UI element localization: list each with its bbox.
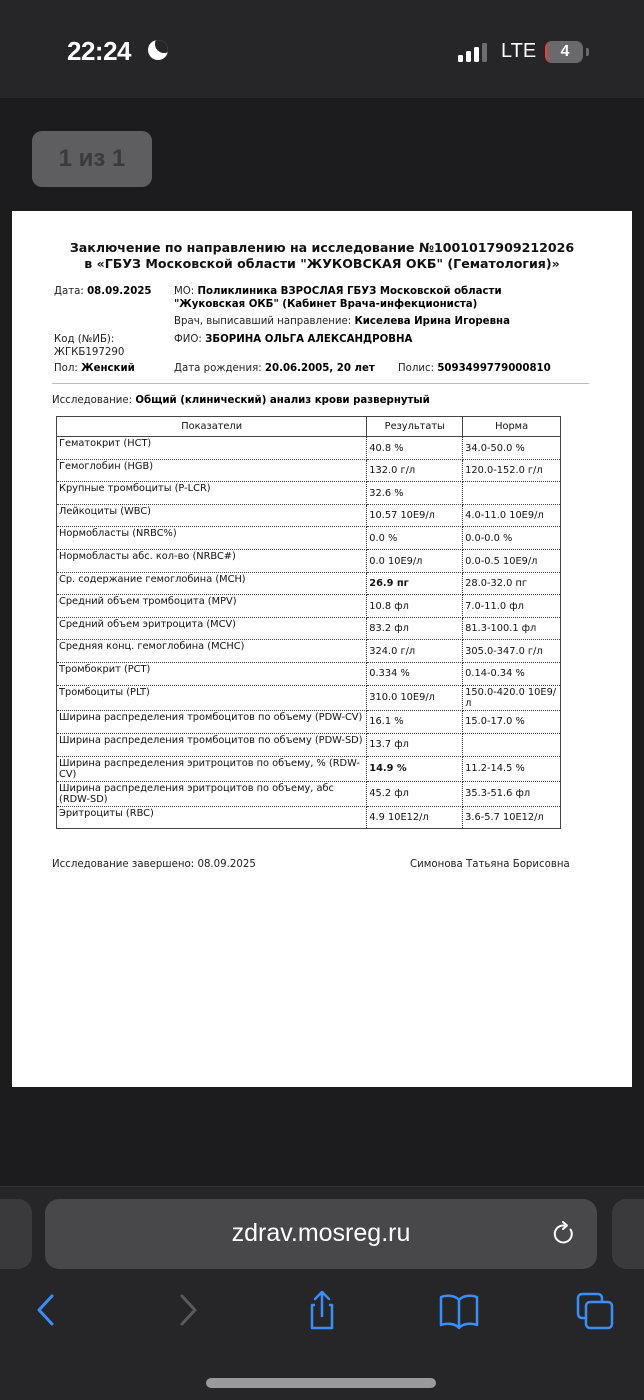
norm-cell: 0.0-0.0 %: [463, 527, 561, 550]
address-bar[interactable]: zdrav.mosreg.ru: [45, 1199, 597, 1269]
indicator-cell: Ширина распределения эритроцитов по объе…: [57, 781, 367, 806]
norm-cell: [463, 733, 561, 756]
document-title: Заключение по направлению на исследовани…: [12, 240, 632, 272]
header-indicator: Показатели: [57, 417, 367, 437]
norm-cell: 305.0-347.0 г/л: [463, 640, 561, 663]
indicator-cell: Нормобласты абс. кол-во (NRBC#): [57, 549, 367, 572]
table-row: Лейкоциты (WBC)10.57 10E9/л4.0-11.0 10E9…: [57, 504, 561, 527]
norm-cell: 15.0-17.0 %: [463, 710, 561, 733]
url-text[interactable]: zdrav.mosreg.ru: [45, 1219, 597, 1248]
status-time: 22:24: [67, 36, 131, 67]
table-row: Крупные тромбоциты (P-LCR)32.6 %: [57, 482, 561, 505]
book-icon[interactable]: [437, 1288, 481, 1332]
norm-cell: 28.0-32.0 пг: [463, 572, 561, 595]
norm-cell: 150.0-420.0 10E9/л: [463, 685, 561, 710]
divider: [52, 383, 589, 384]
result-cell: 32.6 %: [367, 482, 463, 505]
doctor-field: Врач, выписавший направление: Киселева И…: [174, 315, 510, 328]
title-line-1: Заключение по направлению на исследовани…: [12, 240, 632, 256]
chevron-left-icon[interactable]: [25, 1288, 69, 1332]
result-cell: 310.0 10E9/л: [367, 685, 463, 710]
header-norm: Норма: [463, 417, 561, 437]
date-field: Дата: 08.09.2025: [54, 285, 152, 298]
battery-icon: 4: [545, 41, 583, 63]
norm-cell: 120.0-152.0 г/л: [463, 459, 561, 482]
result-cell: 83.2 фл: [367, 617, 463, 640]
indicator-cell: Тромбокрит (PCT): [57, 662, 367, 685]
table-row: Тромбокрит (PCT)0.334 %0.14-0.34 %: [57, 662, 561, 685]
indicator-cell: Средний объем эритроцита (MCV): [57, 617, 367, 640]
signer-name: Симонова Татьяна Борисовна: [410, 859, 570, 870]
result-cell: 4.9 10E12/л: [367, 806, 463, 829]
table-row: Средний объем эритроцита (MCV)83.2 фл81.…: [57, 617, 561, 640]
norm-cell: 11.2-14.5 %: [463, 756, 561, 781]
document-page: Заключение по направлению на исследовани…: [12, 211, 632, 1087]
table-row: Гематокрит (HCT)40.8 %34.0-50.0 %: [57, 437, 561, 460]
tabs-icon[interactable]: [574, 1288, 618, 1332]
page-counter: 1 из 1: [32, 131, 152, 187]
norm-cell: 7.0-11.0 фл: [463, 595, 561, 618]
indicator-cell: Средний объем тромбоцита (MPV): [57, 595, 367, 618]
share-icon[interactable]: [300, 1288, 344, 1332]
result-cell: 132.0 г/л: [367, 459, 463, 482]
result-cell: 0.334 %: [367, 662, 463, 685]
indicator-cell: Крупные тромбоциты (P-LCR): [57, 482, 367, 505]
moon-icon: [148, 40, 168, 60]
study-field: Исследование: Общий (клинический) анализ…: [52, 394, 430, 407]
table-row: Средний объем тромбоцита (MPV)10.8 фл7.0…: [57, 595, 561, 618]
indicator-cell: Тромбоциты (PLT): [57, 685, 367, 710]
result-cell: 26.9 пг: [367, 572, 463, 595]
network-type: LTE: [501, 40, 536, 63]
status-bar: 22:24 LTE 4: [0, 0, 644, 98]
results-table: Показатели Результаты Норма Гематокрит (…: [56, 416, 561, 829]
norm-cell: 0.14-0.34 %: [463, 662, 561, 685]
table-row: Нормобласты абс. кол-во (NRBC#)0.0 10E9/…: [57, 549, 561, 572]
title-line-2: в «ГБУЗ Московской области "ЖУКОВСКАЯ ОК…: [12, 256, 632, 272]
reload-icon[interactable]: [550, 1220, 578, 1248]
result-cell: 45.2 фл: [367, 781, 463, 806]
table-row: Ср. содержание гемоглобина (MCH)26.9 пг2…: [57, 572, 561, 595]
norm-cell: [463, 482, 561, 505]
birth-field: Дата рождения: 20.06.2005, 20 лет: [174, 362, 375, 375]
table-row: Ширина распределения тромбоцитов по объе…: [57, 733, 561, 756]
norm-cell: 4.0-11.0 10E9/л: [463, 504, 561, 527]
table-row: Тромбоциты (PLT)310.0 10E9/л150.0-420.0 …: [57, 685, 561, 710]
policy-field: Полис: 5093499779000810: [398, 362, 551, 375]
home-indicator[interactable]: [206, 1378, 436, 1388]
indicator-cell: Ширина распределения эритроцитов по объе…: [57, 756, 367, 781]
norm-cell: 3.6-5.7 10E12/л: [463, 806, 561, 829]
previous-tab-peek[interactable]: [0, 1199, 32, 1269]
completed-text: Исследование завершено: 08.09.2025: [52, 859, 256, 870]
header-result: Результаты: [367, 417, 463, 437]
table-row: Гемоглобин (HGB)132.0 г/л120.0-152.0 г/л: [57, 459, 561, 482]
next-tab-peek[interactable]: [612, 1199, 644, 1269]
norm-cell: 0.0-0.5 10E9/л: [463, 549, 561, 572]
table-row: Ширина распределения тромбоцитов по объе…: [57, 710, 561, 733]
result-cell: 40.8 %: [367, 437, 463, 460]
code-field: Код (№ИБ): ЖГКБ197290: [54, 333, 124, 359]
norm-cell: 34.0-50.0 %: [463, 437, 561, 460]
result-cell: 0.0 %: [367, 527, 463, 550]
table-row: Ширина распределения эритроцитов по объе…: [57, 756, 561, 781]
indicator-cell: Ширина распределения тромбоцитов по объе…: [57, 710, 367, 733]
table-row: Средняя конц. гемоглобина (MCHC)324.0 г/…: [57, 640, 561, 663]
result-cell: 0.0 10E9/л: [367, 549, 463, 572]
table-row: Ширина распределения эритроцитов по объе…: [57, 781, 561, 806]
result-cell: 324.0 г/л: [367, 640, 463, 663]
norm-cell: 35.3-51.6 фл: [463, 781, 561, 806]
indicator-cell: Ср. содержание гемоглобина (MCH): [57, 572, 367, 595]
signal-icon: [458, 42, 488, 62]
indicator-cell: Ширина распределения тромбоцитов по объе…: [57, 733, 367, 756]
battery-tip: [586, 48, 589, 56]
table-header-row: Показатели Результаты Норма: [57, 417, 561, 437]
indicator-cell: Эритроциты (RBC): [57, 806, 367, 829]
sex-field: Пол: Женский: [54, 362, 135, 375]
chevron-right-icon[interactable]: [165, 1288, 209, 1332]
result-cell: 10.8 фл: [367, 595, 463, 618]
indicator-cell: Гематокрит (HCT): [57, 437, 367, 460]
result-cell: 16.1 %: [367, 710, 463, 733]
result-cell: 13.7 фл: [367, 733, 463, 756]
result-cell: 10.57 10E9/л: [367, 504, 463, 527]
indicator-cell: Лейкоциты (WBC): [57, 504, 367, 527]
indicator-cell: Нормобласты (NRBC%): [57, 527, 367, 550]
table-row: Эритроциты (RBC)4.9 10E12/л3.6-5.7 10E12…: [57, 806, 561, 829]
table-row: Нормобласты (NRBC%)0.0 %0.0-0.0 %: [57, 527, 561, 550]
fio-field: ФИО: ЗБОРИНА ОЛЬГА АЛЕКСАНДРОВНА: [174, 333, 412, 346]
indicator-cell: Гемоглобин (HGB): [57, 459, 367, 482]
mo-field: МО: Поликлиника ВЗРОСЛАЯ ГБУЗ Московской…: [174, 285, 502, 311]
indicator-cell: Средняя конц. гемоглобина (MCHC): [57, 640, 367, 663]
result-cell: 14.9 %: [367, 756, 463, 781]
norm-cell: 81.3-100.1 фл: [463, 617, 561, 640]
